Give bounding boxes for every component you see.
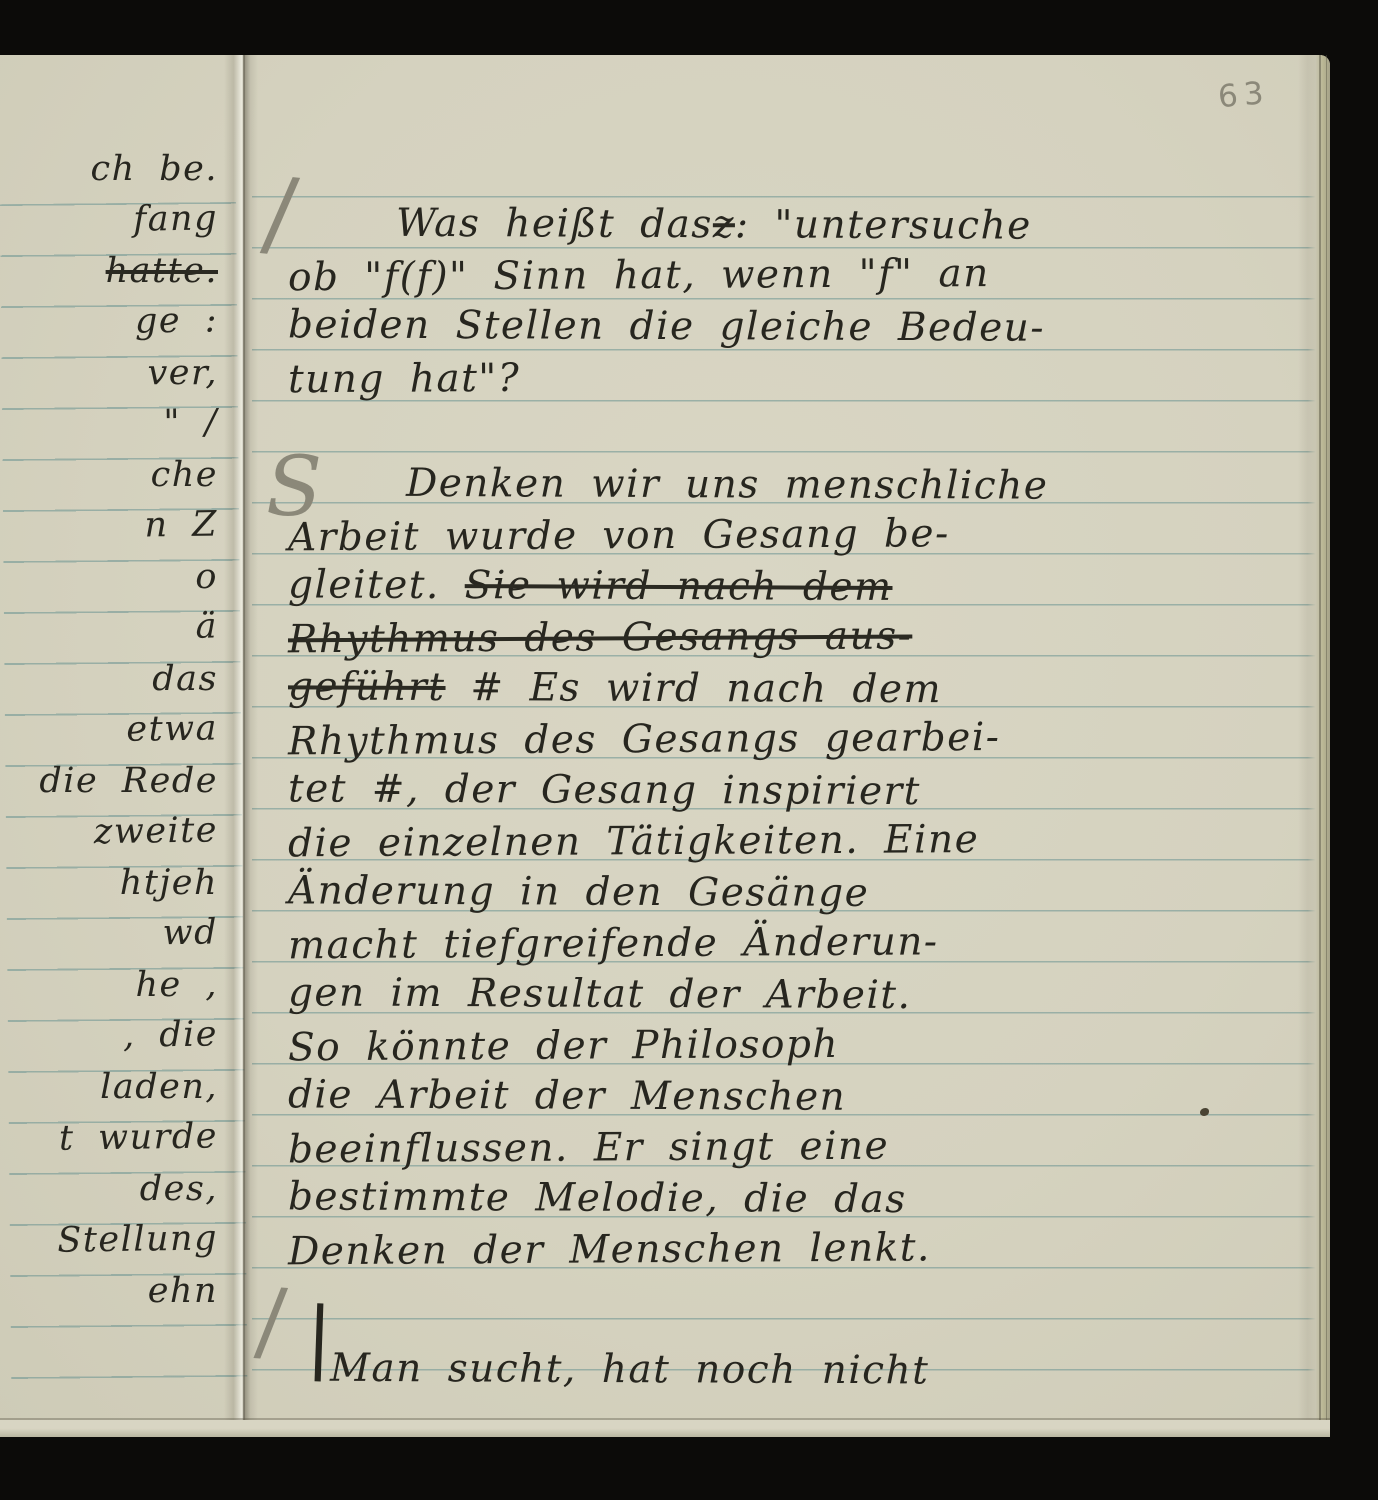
verso-line-ending: ehn [0, 1266, 218, 1317]
verso-line-ending: wd [0, 907, 218, 961]
verso-line-ending: laden, [0, 1062, 218, 1113]
stacked-pages-bottom-edge [0, 1418, 1330, 1437]
text-segment: beeinflussen. Er singt eine [288, 1124, 889, 1173]
verso-line-ending: , die [0, 1009, 218, 1063]
verso-line-ending: n Z [0, 499, 218, 553]
handwriting-line: Man sucht, hat noch nicht [288, 1343, 930, 1397]
handwriting-line: Was heißt dasz: "untersuche [288, 197, 1045, 251]
verso-line-ending: ge : [0, 295, 218, 349]
text-segment: Rhythmus des Gesangs gearbei- [288, 715, 1001, 764]
ink-blot [1200, 1108, 1209, 1116]
notebook-spread: ch be.fanghatte.ge :ver," /chen Zoädaset… [0, 55, 1330, 1437]
text-segment: bestimmte Melodie, die das [288, 1174, 907, 1222]
verso-line-ending: etwa [0, 703, 218, 757]
verso-line-ending: des, [0, 1164, 218, 1215]
verso-line-ending: t wurde [0, 1111, 218, 1165]
struck-text-segment: Rhythmus des Gesangs aus- [288, 614, 913, 663]
verso-line-ending: ä [0, 601, 218, 655]
text-segment: Denken der Menschen lenkt. [288, 1225, 931, 1274]
text-segment: Denken wir uns menschliche [406, 461, 1049, 509]
handwriting-line: tung hat"? [288, 350, 1045, 406]
text-segment: macht tiefgreifende Änderun- [288, 919, 939, 968]
verso-line-ending: he , [0, 960, 218, 1011]
stacked-pages-right-edge [1298, 55, 1330, 1437]
handwriting-line: gleitet. Sie wird nach dem [288, 559, 1049, 613]
text-segment: gleitet. [288, 562, 465, 608]
handwriting-line: macht tiefgreifende Änderun- [288, 916, 1049, 972]
struck-text-segment: geführt [288, 664, 446, 710]
verso-line-ending: htjeh [0, 858, 218, 909]
handwriting-line: die einzelnen Tätigkeiten. Eine [288, 814, 1049, 870]
struck-text-segment: Sie wird nach dem [465, 563, 893, 610]
text-segment: Änderung in den Gesänge [288, 868, 869, 916]
page-number: 63 [1217, 75, 1271, 115]
handwriting-line: gen im Resultat der Arbeit. [288, 967, 1049, 1021]
verso-line-ending: das [0, 654, 218, 705]
verso-line-ending: die Rede [0, 756, 218, 807]
handwriting-paragraph-3: Man sucht, hat noch nicht [288, 1344, 929, 1395]
handwriting-paragraph-1: Was heißt dasz: "untersucheob "f(f)" Sin… [288, 199, 1045, 403]
handwriting-line: Rhythmus des Gesangs aus- [288, 610, 1049, 666]
verso-line-ending: che [0, 450, 218, 501]
text-segment: So könnte der Philosoph [288, 1022, 839, 1070]
handwriting-line: So könnte der Philosoph [288, 1018, 1049, 1074]
verso-line-ending: o [0, 552, 218, 603]
verso-page-line-endings: ch be.fanghatte.ge :ver," /chen Zoädaset… [0, 144, 218, 1317]
binding-gutter-crease [224, 55, 258, 1437]
verso-line-ending: " / [0, 397, 218, 451]
verso-line-ending: zweite [0, 805, 218, 859]
handwriting-line: Denken der Menschen lenkt. [288, 1222, 1049, 1278]
handwriting-line: Arbeit wurde von Gesang be- [288, 508, 1049, 564]
handwriting-line: geführt # Es wird nach dem [288, 661, 1049, 715]
text-segment: Man sucht, hat noch nicht [330, 1346, 930, 1394]
text-segment: beiden Stellen die gleiche Bedeu- [288, 302, 1045, 350]
text-segment: Arbeit wurde von Gesang be- [288, 511, 950, 560]
text-segment: Was heißt das [396, 201, 713, 247]
handwriting-line: Änderung in den Gesänge [288, 865, 1049, 919]
handwriting-line: bestimmte Melodie, die das [288, 1171, 1049, 1225]
handwriting-line: ob "f(f)" Sinn hat, wenn "f" an [288, 248, 1045, 304]
verso-line-ending: hatte. [0, 246, 218, 297]
text-segment: ob "f(f)" Sinn hat, wenn "f" an [288, 251, 990, 300]
handwriting-line: beeinflussen. Er singt eine [288, 1120, 1049, 1176]
verso-line-ending: ch be. [0, 144, 218, 195]
handwriting-line: Rhythmus des Gesangs gearbei- [288, 712, 1049, 768]
handwriting-paragraph-2: Denken wir uns menschlicheArbeit wurde v… [288, 459, 1048, 1275]
handwriting-line: beiden Stellen die gleiche Bedeu- [288, 299, 1045, 353]
text-segment: tet #, der Gesang inspiriert [288, 766, 921, 814]
text-segment: die einzelnen Tätigkeiten. Eine [288, 817, 980, 866]
verso-line-ending: Stellung [0, 1213, 218, 1267]
handwriting-line: tet #, der Gesang inspiriert [288, 763, 1049, 817]
text-segment: die Arbeit der Menschen [288, 1072, 846, 1119]
binding-gutter-line [243, 55, 245, 1437]
text-segment: : "untersuche [735, 202, 1032, 248]
text-segment: gen im Resultat der Arbeit. [288, 970, 912, 1018]
struck-text-segment: z [713, 202, 735, 247]
handwriting-line: die Arbeit der Menschen [288, 1069, 1049, 1123]
text-segment: # Es wird nach dem [445, 665, 942, 712]
manuscript-scan: ch be.fanghatte.ge :ver," /chen Zoädaset… [0, 0, 1378, 1500]
verso-line-ending: ver, [0, 348, 218, 399]
text-segment: tung hat"? [288, 356, 520, 402]
pencil-slash-mark-bottom: / [253, 1276, 289, 1366]
handwriting-line: Denken wir uns menschliche [288, 457, 1049, 511]
verso-line-ending: fang [0, 193, 218, 247]
